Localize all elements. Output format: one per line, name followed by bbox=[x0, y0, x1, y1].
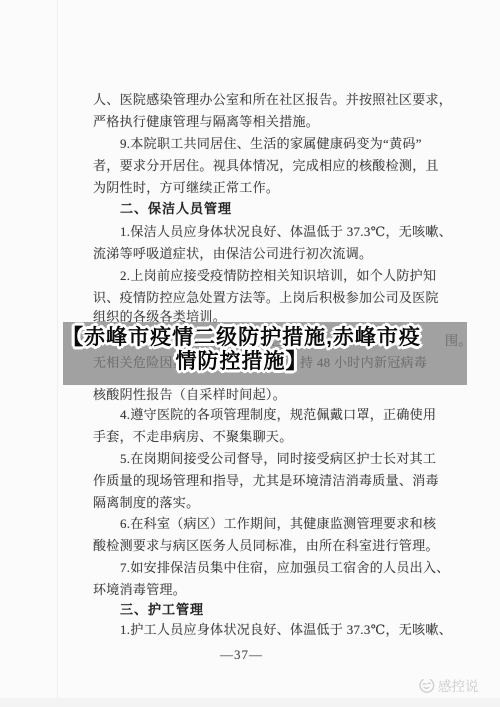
doc-line: 严格执行健康管理与隔离等相关措施。 bbox=[93, 114, 437, 134]
doc-line: 识、疫情防控应急处置方法等。上岗后积极参加公司及医院 bbox=[93, 290, 437, 310]
doc-line: 1.护工人员应身体状况良好、体温低于 37.3℃，无咳嗽、 bbox=[93, 622, 437, 642]
doc-line: 环境消毒管理。 bbox=[93, 582, 437, 602]
doc-line: 者，要求分开居住。视具体情况，完成相应的核酸检测，且 bbox=[93, 158, 437, 178]
overlay-title: 【赤峰市疫情二级防护措施,赤峰市疫 情防控措施】 bbox=[0, 326, 483, 374]
doc-line: 5.在岗期间接受公司督导，同时接受病区护士长对其工 bbox=[93, 451, 437, 471]
doc-line: 人、医院感染管理办公室和所在社区报告。并按照社区要求， bbox=[93, 92, 437, 112]
doc-line: 流涕等呼吸道症状，由保洁公司进行初次流调。 bbox=[93, 246, 437, 266]
watermark-label: 感控说 bbox=[438, 675, 479, 695]
doc-line: 7.如安排保洁员集中住宿，应加强员工宿舍的人员出入、 bbox=[93, 560, 437, 580]
scanned-document-page: 人、医院感染管理办公室和所在社区报告。并按照社区要求，严格执行健康管理与隔离等相… bbox=[0, 0, 500, 707]
doc-line: 1.保洁人员应身体状况良好、体温低于 37.3℃，无咳嗽、 bbox=[93, 224, 437, 244]
doc-line: 手套，不走串病房、不聚集聊天。 bbox=[93, 429, 437, 449]
doc-line: 为阴性时，方可继续正常工作。 bbox=[93, 180, 437, 200]
doc-line: 9.本院职工共同居住、生活的家属健康码变为“黄码” bbox=[93, 136, 437, 156]
doc-line: 6.在科室（病区）工作期间，其健康监测管理要求和核 bbox=[93, 516, 437, 536]
doc-line: 酸检测要求与病区医务人员同标准，由所在科室进行管理。 bbox=[93, 538, 437, 558]
overlay-title-line-1: 【赤峰市疫情二级防护措施,赤峰市疫 bbox=[0, 326, 483, 350]
doc-heading: 三、护工管理 bbox=[93, 602, 437, 622]
smiley-face-icon bbox=[418, 677, 435, 694]
doc-line: 4.遵守医院的各项管理制度，规范佩戴口罩，正确使用 bbox=[93, 407, 437, 427]
doc-line: 核酸阴性报告（自采样时间起）。 bbox=[93, 387, 437, 407]
doc-heading: 二、保洁人员管理 bbox=[93, 201, 437, 221]
page-number: —37— bbox=[0, 647, 483, 663]
watermark: 感控说 bbox=[418, 675, 479, 695]
overlay-title-line-2: 情防控措施】 bbox=[0, 350, 483, 374]
doc-line: 2.上岗前应接受疫情防控相关知识培训，如个人防护知 bbox=[93, 268, 437, 288]
doc-line: 作质量的现场管理和指导，尤其是环境清洁消毒质量、消毒 bbox=[93, 473, 437, 493]
doc-line: 隔离制度的落实。 bbox=[93, 495, 437, 515]
